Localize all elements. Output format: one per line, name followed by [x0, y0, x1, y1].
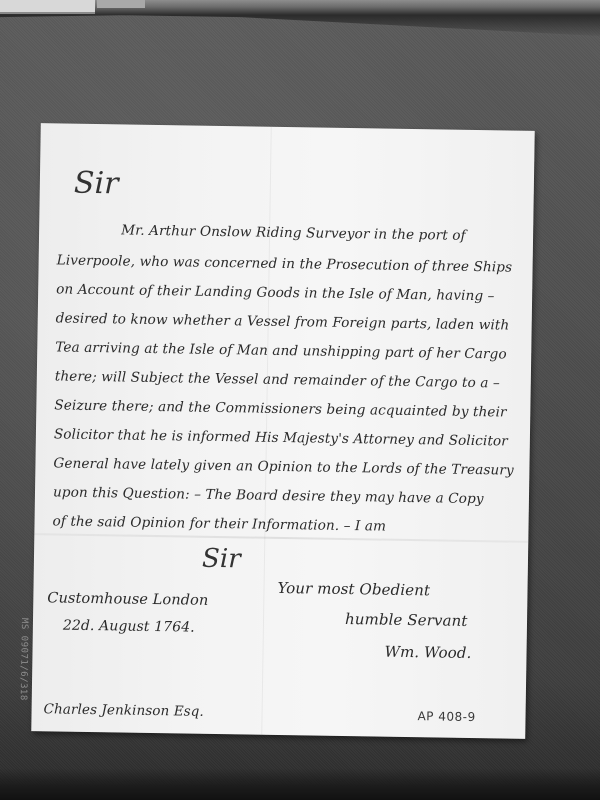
closing-line-1: Your most Obedient [277, 579, 430, 599]
letter-body-line-4: desired to know whether a Vessel from Fo… [56, 310, 510, 333]
letter-body-line-7: Seizure there; and the Commissioners bei… [54, 397, 506, 420]
adjacent-paper-edge-2 [97, 0, 145, 8]
letter-salutation: Sir [74, 166, 119, 202]
letter-body-line-6: there; will Subject the Vessel and remai… [55, 368, 500, 391]
letter-body-line-8: Solicitor that he is informed His Majest… [54, 426, 508, 449]
letter-body-line-10: upon this Question: – The Board desire t… [53, 484, 484, 507]
bottom-shadow [0, 768, 600, 800]
signature: Wm. Wood. [384, 643, 471, 662]
archive-reference: AP 408-9 [417, 709, 475, 724]
archive-margin-stamp: MS 09071/6/318 [18, 618, 29, 701]
closing-salutation: Sir [202, 544, 241, 575]
adjacent-paper-edge [0, 0, 95, 14]
addressee: Charles Jenkinson Esq. [43, 701, 204, 720]
letter-date: 22d. August 1764. [63, 618, 195, 636]
letter-body-line-11: of the said Opinion for their Informatio… [52, 513, 386, 534]
letter-body-line-2: Liverpoole, who was concerned in the Pro… [57, 252, 513, 275]
letter-place: Customhouse London [47, 590, 208, 609]
letter-body-line-9: General have lately given an Opinion to … [53, 455, 513, 478]
closing-line-2: humble Servant [345, 610, 468, 630]
letter-sheet: Sir Mr. Arthur Onslow Riding Surveyor in… [31, 123, 534, 739]
letter-body-line-5: Tea arriving at the Isle of Man and unsh… [55, 339, 507, 362]
letter-body-line-1: Mr. Arthur Onslow Riding Surveyor in the… [121, 222, 466, 243]
letter-body-line-3: on Account of their Landing Goods in the… [56, 281, 495, 304]
